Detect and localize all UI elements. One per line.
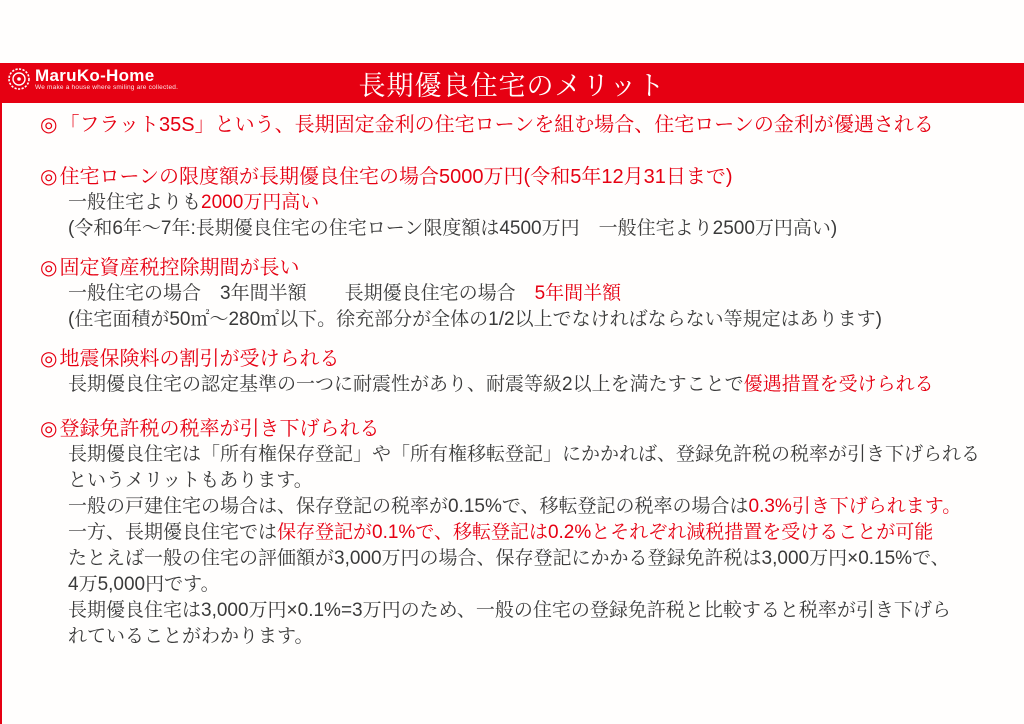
line-text: 一般住宅の場合 3年間半額 長期優良住宅の場合: [68, 283, 535, 304]
line-highlight: 保存登記が0.1%で、移転登記は0.2%とそれぞれ減税措置を受けることが可能: [277, 522, 933, 543]
detail-line: 一般住宅よりも2000万円高い: [68, 190, 1008, 216]
line-text: (住宅面積が50㎡～280㎡以下。徐充部分が全体の1/2以上でなければならない等…: [68, 309, 882, 330]
section-property-tax: ◎固定資産税控除期間が長い 一般住宅の場合 3年間半額 長期優良住宅の場合 5年…: [40, 255, 1008, 333]
detail-line: 一般住宅の場合 3年間半額 長期優良住宅の場合 5年間半額: [68, 281, 1008, 307]
detail-line: というメリットもあります。: [68, 468, 1008, 494]
line-text: 4万5,000円です。: [68, 574, 220, 595]
bullet-icon: ◎: [40, 348, 57, 370]
bullet-icon: ◎: [40, 418, 57, 440]
line-text: 長期優良住宅の認定基準の一つに耐震性があり、耐震等級2以上を満たすことで: [68, 374, 744, 395]
section-heading-text: 固定資産税控除期間が長い: [59, 257, 299, 279]
line-text: たとえば一般の住宅の評価額が3,000万円の場合、保存登記にかかる登録免許税は3…: [68, 548, 950, 569]
bullet-icon: ◎: [40, 114, 57, 136]
line-highlight: 優遇措置を受けられる: [744, 374, 934, 395]
page-title: 長期優良住宅のメリット: [0, 63, 1024, 103]
section-heading: ◎住宅ローンの限度額が長期優良住宅の場合5000万円(令和5年12月31日まで): [40, 164, 1008, 190]
detail-line: (住宅面積が50㎡～280㎡以下。徐充部分が全体の1/2以上でなければならない等…: [68, 307, 1008, 333]
detail-line: 4万5,000円です。: [68, 572, 1008, 598]
detail-line: れていることがわかります。: [68, 624, 1008, 650]
line-text: れていることがわかります。: [68, 626, 313, 647]
section-heading-text: 地震保険料の割引が受けられる: [59, 348, 339, 370]
left-accent-line: [0, 103, 2, 724]
line-highlight: 2000万円高い: [201, 192, 319, 213]
section-heading-text: 住宅ローンの限度額が長期優良住宅の場合5000万円(令和5年12月31日まで): [59, 166, 732, 188]
detail-line: 長期優良住宅は3,000万円×0.1%=3万円のため、一般の住宅の登録免許税と比…: [68, 598, 1008, 624]
slide-content: ◎「フラット35S」という、長期固定金利の住宅ローンを組む場合、住宅ローンの金利…: [40, 112, 1008, 650]
section-flat35s: ◎「フラット35S」という、長期固定金利の住宅ローンを組む場合、住宅ローンの金利…: [40, 112, 1008, 138]
section-earthquake-insurance: ◎地震保険料の割引が受けられる 長期優良住宅の認定基準の一つに耐震性があり、耐震…: [40, 346, 1008, 398]
section-detail: 長期優良住宅は「所有権保存登記」や「所有権移転登記」にかかれば、登録免許税の税率…: [40, 442, 1008, 650]
detail-line: 一方、長期優良住宅では保存登記が0.1%で、移転登記は0.2%とそれぞれ減税措置…: [68, 520, 1008, 546]
line-text: 一般の戸建住宅の場合は、保存登記の税率が0.15%で、移転登記の税率の場合は: [68, 496, 749, 517]
header-bar: MaruKo-Home We make a house where smilin…: [0, 63, 1024, 103]
section-detail: 一般住宅の場合 3年間半額 長期優良住宅の場合 5年間半額 (住宅面積が50㎡～…: [40, 281, 1008, 333]
line-text: 長期優良住宅は「所有権保存登記」や「所有権移転登記」にかかれば、登録免許税の税率…: [68, 444, 980, 465]
section-heading: ◎固定資産税控除期間が長い: [40, 255, 1008, 281]
section-heading: ◎「フラット35S」という、長期固定金利の住宅ローンを組む場合、住宅ローンの金利…: [40, 112, 1008, 138]
section-detail: 一般住宅よりも2000万円高い (令和6年～7年:長期優良住宅の住宅ローン限度額…: [40, 190, 1008, 242]
section-heading: ◎登録免許税の税率が引き下げられる: [40, 416, 1008, 442]
line-highlight: 0.3%引き下げられます。: [749, 496, 962, 517]
detail-line: 長期優良住宅の認定基準の一つに耐震性があり、耐震等級2以上を満たすことで優遇措置…: [68, 372, 1008, 398]
line-text: 一方、長期優良住宅では: [68, 522, 277, 543]
line-text: というメリットもあります。: [68, 470, 313, 491]
detail-line: 長期優良住宅は「所有権保存登記」や「所有権移転登記」にかかれば、登録免許税の税率…: [68, 442, 1008, 468]
bullet-icon: ◎: [40, 257, 57, 279]
line-highlight: 5年間半額: [535, 283, 622, 304]
section-registration-tax: ◎登録免許税の税率が引き下げられる 長期優良住宅は「所有権保存登記」や「所有権移…: [40, 416, 1008, 650]
slide: MaruKo-Home We make a house where smilin…: [0, 0, 1024, 724]
section-heading-text: 「フラット35S」という、長期固定金利の住宅ローンを組む場合、住宅ローンの金利が…: [59, 114, 933, 136]
line-text: (令和6年～7年:長期優良住宅の住宅ローン限度額は4500万円 一般住宅より25…: [68, 218, 837, 239]
line-text: 一般住宅よりも: [68, 192, 201, 213]
detail-line: たとえば一般の住宅の評価額が3,000万円の場合、保存登記にかかる登録免許税は3…: [68, 546, 1008, 572]
section-heading-text: 登録免許税の税率が引き下げられる: [59, 418, 379, 440]
section-detail: 長期優良住宅の認定基準の一つに耐震性があり、耐震等級2以上を満たすことで優遇措置…: [40, 372, 1008, 398]
section-heading: ◎地震保険料の割引が受けられる: [40, 346, 1008, 372]
line-text: 長期優良住宅は3,000万円×0.1%=3万円のため、一般の住宅の登録免許税と比…: [68, 600, 951, 621]
bullet-icon: ◎: [40, 166, 57, 188]
detail-line: 一般の戸建住宅の場合は、保存登記の税率が0.15%で、移転登記の税率の場合は0.…: [68, 494, 1008, 520]
detail-line: (令和6年～7年:長期優良住宅の住宅ローン限度額は4500万円 一般住宅より25…: [68, 216, 1008, 242]
section-loan-limit: ◎住宅ローンの限度額が長期優良住宅の場合5000万円(令和5年12月31日まで)…: [40, 164, 1008, 242]
